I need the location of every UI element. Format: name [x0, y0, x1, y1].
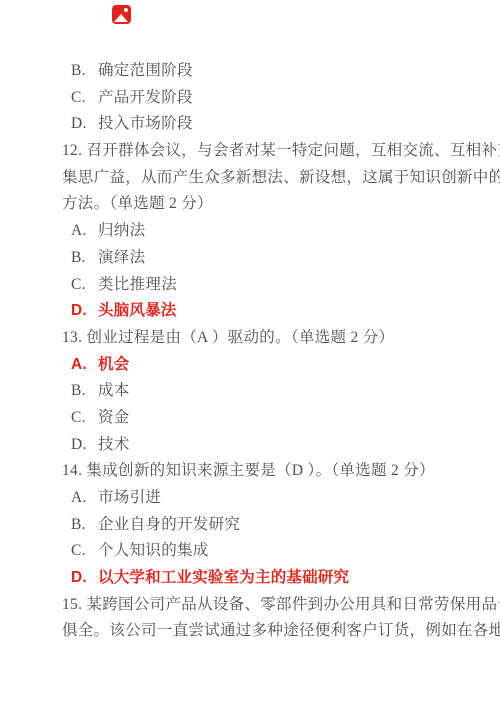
option-row: D.头脑风暴法 [0, 298, 500, 325]
option-letter: B. [71, 378, 98, 405]
option-text: 成本 [98, 382, 130, 399]
option-row: C.产品开发阶段 [0, 85, 500, 112]
option-letter: D. [71, 298, 98, 325]
option-text: 个人知识的集成 [98, 542, 209, 559]
question-stem-line: 方法。（单选题 2 分） [0, 191, 500, 218]
option-text: 类比推理法 [98, 276, 177, 293]
question-stem-line: 13. 创业过程是由（A ）驱动的。（单选题 2 分） [0, 325, 500, 352]
option-letter: A. [71, 352, 98, 379]
option-letter: C. [71, 85, 98, 112]
option-letter: C. [71, 538, 98, 565]
option-letter: C. [71, 272, 98, 299]
option-text: 机会 [98, 356, 129, 373]
option-row: C.个人知识的集成 [0, 538, 500, 565]
option-row: A.机会 [0, 352, 500, 379]
option-row: A.归纳法 [0, 218, 500, 245]
option-text: 市场引进 [98, 489, 161, 506]
option-letter: B. [71, 512, 98, 539]
option-letter: D. [71, 111, 98, 138]
option-row: A.市场引进 [0, 485, 500, 512]
option-letter: A. [71, 218, 98, 245]
question-stem-line: 15. 某跨国公司产品从设备、零部件到办公用具和日常劳保用品一应 [0, 592, 500, 619]
option-text: 演绎法 [98, 249, 145, 266]
option-text: 企业自身的开发研究 [98, 516, 240, 533]
option-letter: C. [71, 405, 98, 432]
document-body: B.确定范围阶段 C.产品开发阶段 D.投入市场阶段 12. 召开群体会议，与会… [0, 0, 500, 645]
option-row: B.成本 [0, 378, 500, 405]
option-text: 投入市场阶段 [98, 115, 193, 132]
option-row: D.技术 [0, 432, 500, 459]
question-stem-line: 12. 召开群体会议，与会者对某一特定问题，互相交流、互相补充、 [0, 138, 500, 165]
option-row: C.资金 [0, 405, 500, 432]
option-letter: B. [71, 58, 98, 85]
option-row: B.企业自身的开发研究 [0, 512, 500, 539]
option-text: 头脑风暴法 [98, 302, 177, 319]
option-text: 资金 [98, 409, 130, 426]
option-text: 确定范围阶段 [98, 62, 193, 79]
option-text: 产品开发阶段 [98, 89, 193, 106]
option-text: 以大学和工业实验室为主的基础研究 [98, 569, 349, 586]
option-row: D.投入市场阶段 [0, 111, 500, 138]
option-row: B.演绎法 [0, 245, 500, 272]
option-letter: D. [71, 432, 98, 459]
question-stem-line: 俱全。该公司一直尝试通过多种途径便利客户订货，例如在各地设立 [0, 618, 500, 645]
option-letter: B. [71, 245, 98, 272]
option-letter: D. [71, 565, 98, 592]
option-text: 技术 [98, 436, 130, 453]
question-stem-line: 14. 集成创新的知识来源主要是（D ）。（单选题 2 分） [0, 458, 500, 485]
question-stem-line: 集思广益，从而产生众多新想法、新设想，这属于知识创新中的(D ） [0, 165, 500, 192]
option-text: 归纳法 [98, 222, 145, 239]
option-row: D.以大学和工业实验室为主的基础研究 [0, 565, 500, 592]
option-row: C.类比推理法 [0, 272, 500, 299]
option-letter: A. [71, 485, 98, 512]
option-row: B.确定范围阶段 [0, 58, 500, 85]
